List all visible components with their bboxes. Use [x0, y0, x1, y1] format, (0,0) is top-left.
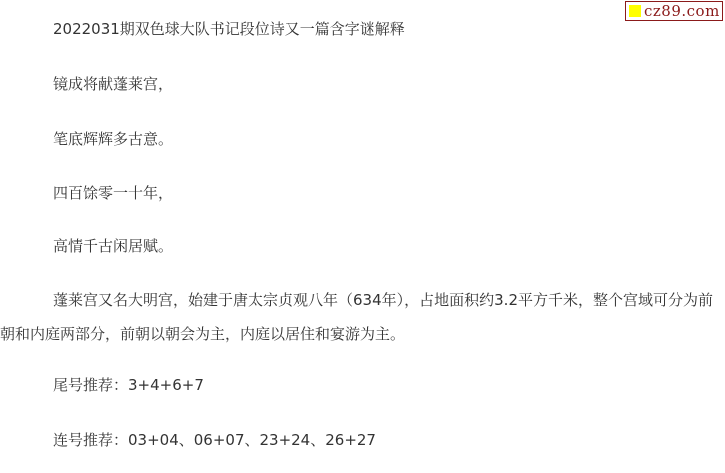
- article-title: 2022031期双色球大队书记段位诗又一篇含字谜解释: [53, 19, 405, 39]
- yellow-square-icon: [629, 5, 641, 17]
- watermark-text: cz89.com: [644, 2, 720, 20]
- site-watermark: cz89.com: [625, 1, 723, 21]
- poem-line-1: 镜成将献蓬莱宫，: [53, 74, 173, 94]
- poem-line-2: 笔底辉辉多古意。: [53, 129, 173, 149]
- consecutive-number-recommendation: 连号推荐：03+04、06+07、23+24、26+27: [53, 430, 376, 450]
- poem-line-3: 四百馀零一十年，: [53, 183, 173, 203]
- poem-line-4: 高情千古闲居赋。: [53, 236, 173, 256]
- tail-number-recommendation: 尾号推荐：3+4+6+7: [53, 375, 204, 395]
- explanation-paragraph: 蓬莱宫又名大明宫，始建于唐太宗贞观八年（634年），占地面积约3.2平方千米，整…: [0, 283, 720, 351]
